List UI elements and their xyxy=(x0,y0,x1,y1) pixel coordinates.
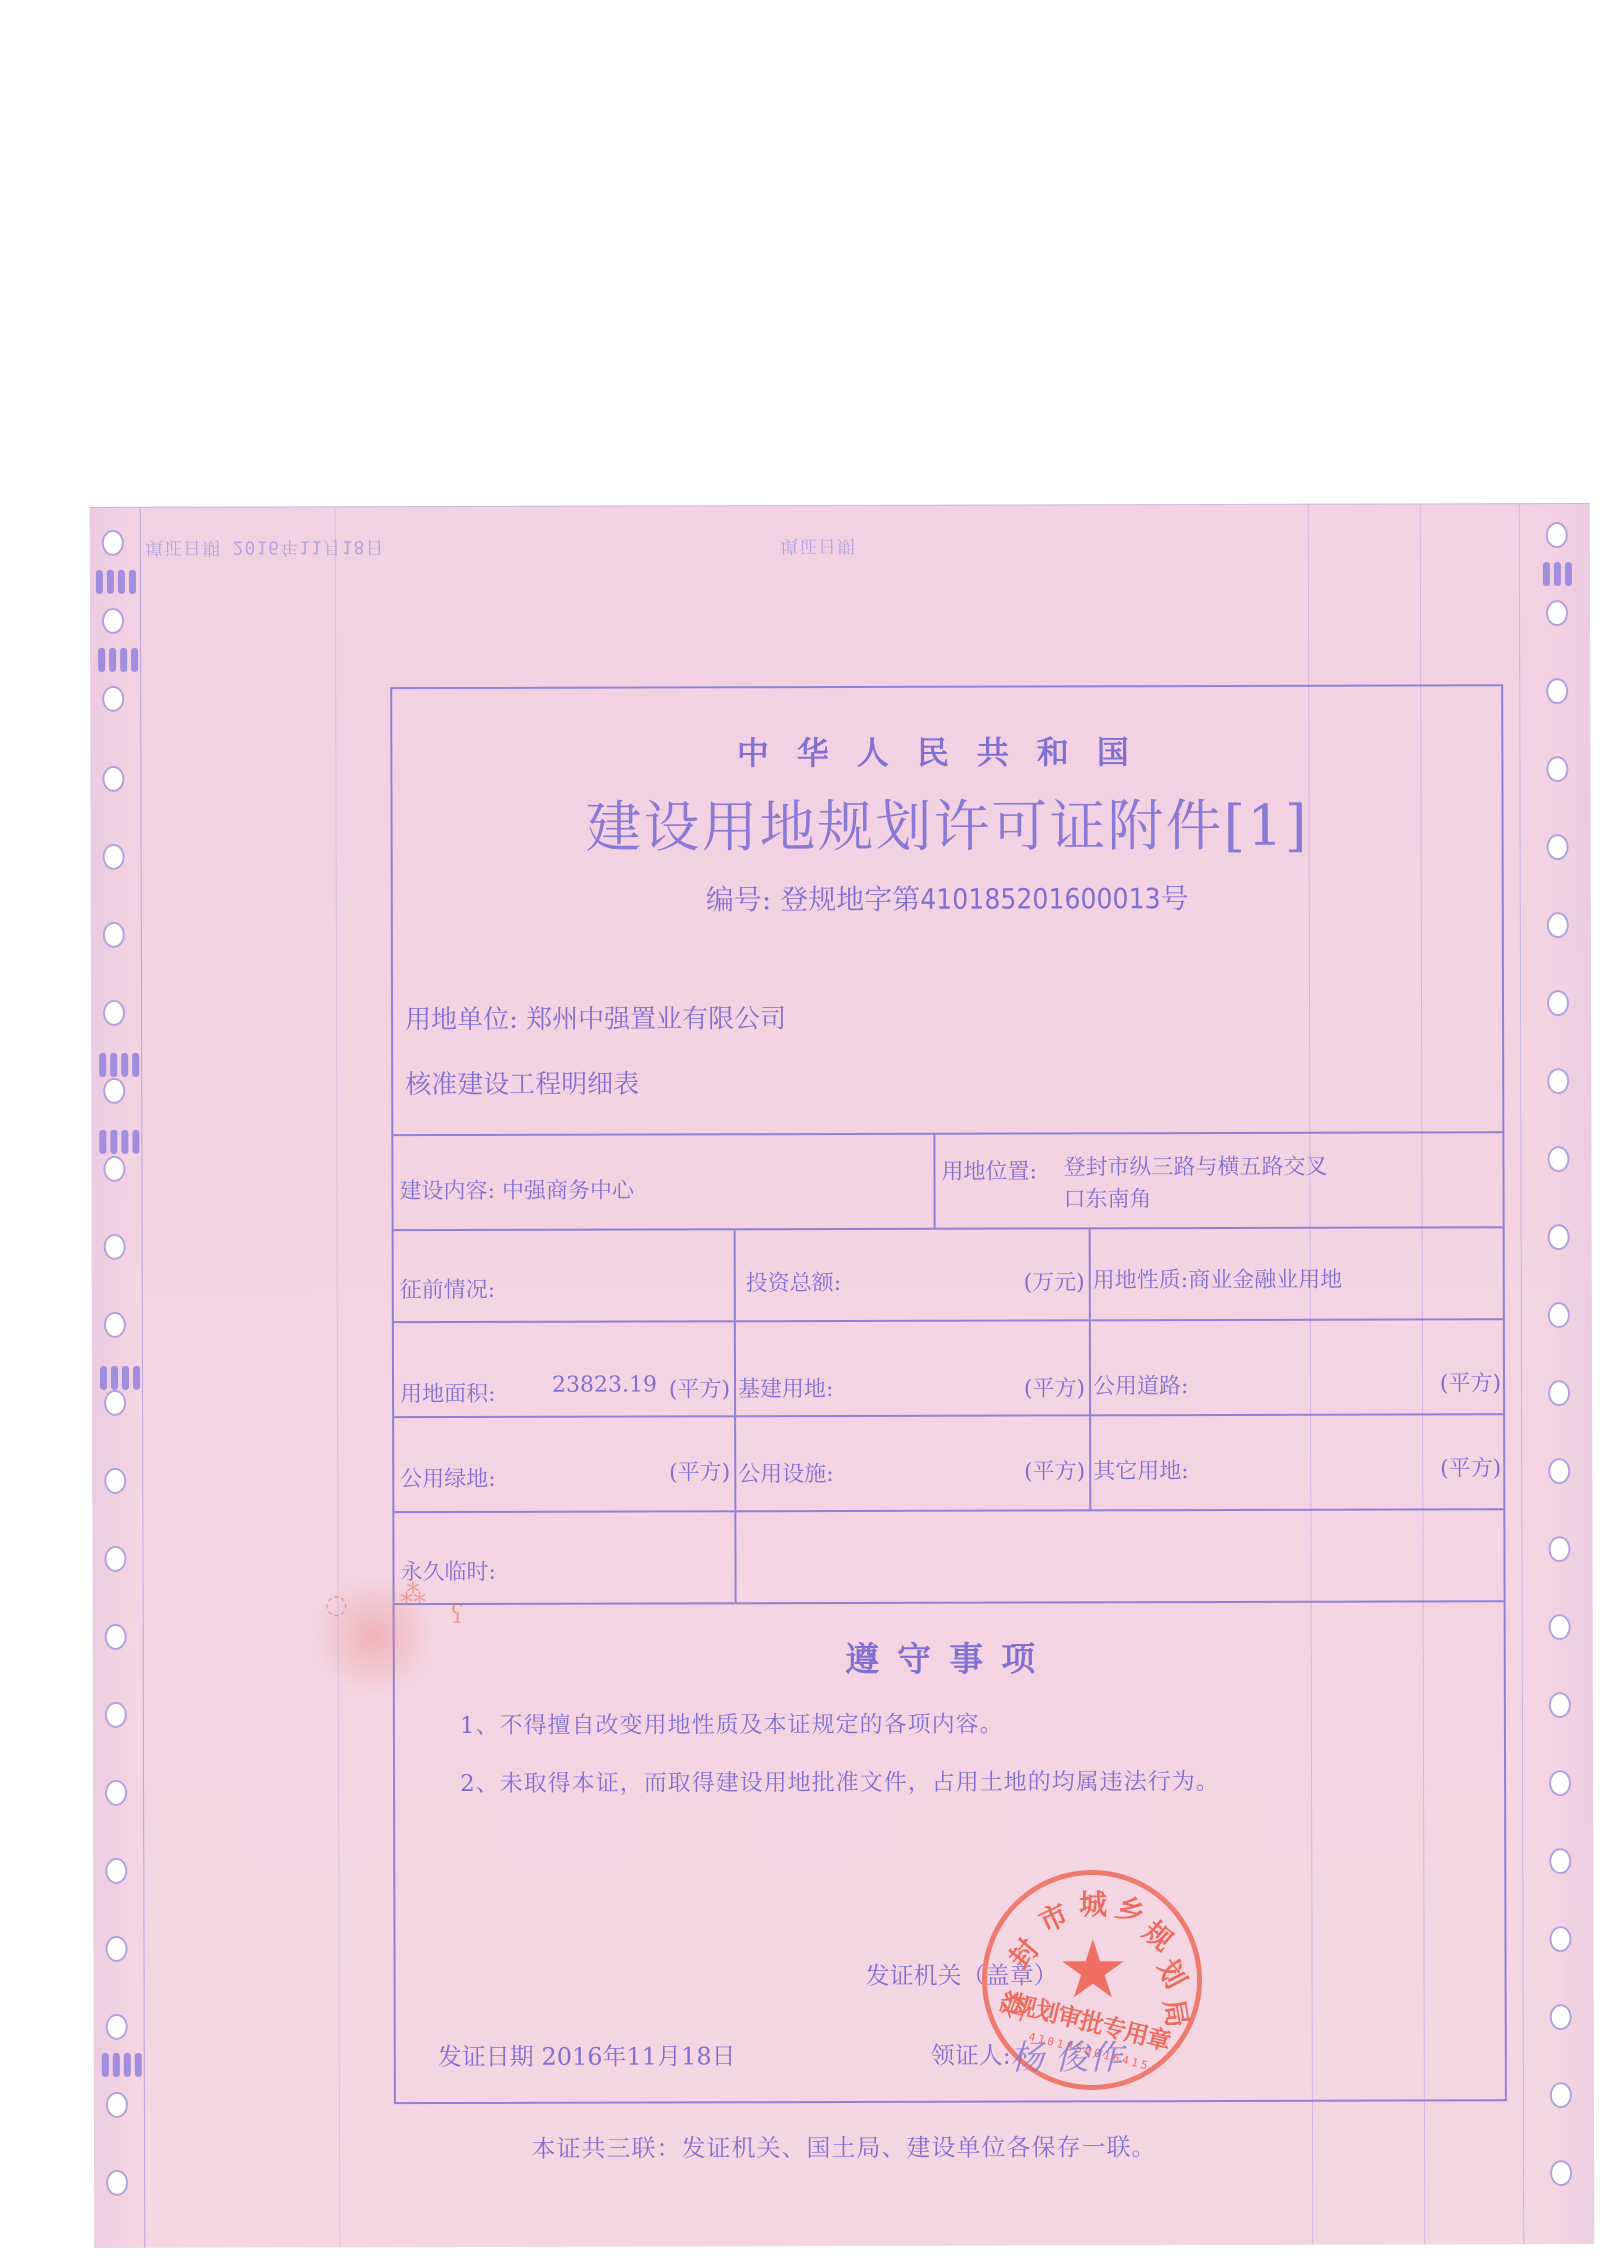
faded-header-left: 填证日期 2016年11月18日 xyxy=(145,535,385,562)
perforation-hole xyxy=(104,1468,126,1494)
total-investment-cell: 投资总额: (万元) xyxy=(734,1229,1089,1320)
table-row: 建设内容: 中强商务中心 用地位置: 登封市纵三路与横五路交叉 口东南角 xyxy=(393,1131,1502,1229)
perforation-hole xyxy=(102,766,124,792)
land-area-value: 23823.19 xyxy=(552,1372,657,1397)
land-unit-label: 用地单位: xyxy=(405,1005,518,1035)
perforation-hole xyxy=(1546,678,1568,704)
land-location-value-line1: 登封市纵三路与横五路交叉 xyxy=(1063,1150,1327,1182)
rules-section: 遵守事项 1、不得擅自改变用地性质及本证规定的各项内容。 2、未取得本证，而取得… xyxy=(395,1600,1505,2104)
printer-marks xyxy=(98,648,138,672)
perforation-hole xyxy=(106,2170,128,2196)
perforation-hole xyxy=(1550,2004,1572,2030)
perforation-hole xyxy=(1549,1614,1571,1640)
capital-construction-label: 基建用地: xyxy=(738,1372,834,1403)
issue-date-value: 2016年11月18日 xyxy=(541,2042,735,2071)
capital-construction-cell: 基建用地: (平方) xyxy=(734,1321,1089,1415)
total-investment-unit: (万元) xyxy=(1024,1265,1085,1296)
rule-item: 1、不得擅自改变用地性质及本证规定的各项内容。 xyxy=(460,1706,1004,1740)
perforation-hole xyxy=(1549,1848,1571,1874)
land-nature-cell: 用地性质:商业金融业用地 xyxy=(1089,1228,1505,1319)
other-land-label: 其它用地: xyxy=(1093,1454,1189,1485)
perforation-hole xyxy=(1546,522,1568,548)
footer-note: 本证共三联：发证机关、国土局、建设单位各保存一联。 xyxy=(94,2126,1594,2165)
table-row: 永久临时: xyxy=(394,1508,1503,1603)
perforation-hole xyxy=(1547,1068,1569,1094)
perforation-hole xyxy=(103,1078,125,1104)
perforation-hole xyxy=(1550,2160,1572,2186)
rule-item: 2、未取得本证，而取得建设用地批准文件，占用土地的均属违法行为。 xyxy=(460,1763,1220,1798)
public-facility-unit: (平方) xyxy=(1024,1454,1085,1485)
table-row: 公用绿地: (平方) 公用设施: (平方) 其它用地: (平方) xyxy=(394,1413,1503,1511)
faded-stamp-residue: ◌ ⁂ ʕ xyxy=(310,1570,470,1790)
printer-marks xyxy=(99,1053,139,1077)
recipient-label: 领证人: xyxy=(931,2036,1011,2071)
perforation-hole xyxy=(102,608,124,634)
public-road-label: 公用道路: xyxy=(1093,1369,1189,1400)
pre-acquisition-cell: 征前情况: xyxy=(394,1230,734,1321)
document-number-value: 410185201600013 xyxy=(920,882,1160,916)
perforation-hole xyxy=(103,1156,125,1182)
faded-header-right: 填证日期 xyxy=(780,534,856,560)
land-area-cell: 用地面积: 23823.19 (平方) xyxy=(394,1322,734,1416)
perforation-hole xyxy=(1548,1302,1570,1328)
public-green-label: 公用绿地: xyxy=(400,1462,496,1493)
printer-marks xyxy=(96,570,136,594)
perforation-hole xyxy=(103,844,125,870)
document-number-label: 编号: xyxy=(706,883,772,916)
perforation-hole xyxy=(105,1624,127,1650)
land-unit: 用地单位: 郑州中强置业有限公司 xyxy=(405,998,786,1036)
recipient-signature: 杨 俊作 xyxy=(1010,2030,1123,2079)
certificate-paper: 填证日期 2016年11月18日 填证日期 中华人民共和国 建设用地规划许可证附… xyxy=(90,503,1595,2248)
construction-content-label: 建设内容: xyxy=(399,1179,494,1204)
document-number-suffix: 号 xyxy=(1161,882,1189,915)
land-unit-value: 郑州中强置业有限公司 xyxy=(526,1004,786,1035)
printer-marks xyxy=(102,2053,142,2077)
perforation-hole xyxy=(1549,1692,1571,1718)
permit-form: 中华人民共和国 建设用地规划许可证附件[1] 编号: 登规地字第41018520… xyxy=(390,684,1507,2104)
other-land-cell: 其它用地: (平方) xyxy=(1089,1415,1505,1509)
perforation-hole xyxy=(104,1234,126,1260)
perforation-hole xyxy=(104,1312,126,1338)
public-facility-cell: 公用设施: (平方) xyxy=(734,1416,1089,1510)
public-green-cell: 公用绿地: (平方) xyxy=(394,1417,734,1511)
document-title: 建设用地规划许可证附件[1] xyxy=(392,781,1501,864)
pre-acquisition-label: 征前情况: xyxy=(400,1273,496,1304)
public-road-unit: (平方) xyxy=(1440,1366,1501,1397)
perforation-hole xyxy=(1548,1380,1570,1406)
other-land-unit: (平方) xyxy=(1440,1451,1501,1482)
table-row: 征前情况: 投资总额: (万元) 用地性质:商业金融业用地 xyxy=(394,1226,1503,1321)
perforation-hole xyxy=(1547,1146,1569,1172)
perforation-hole xyxy=(105,1936,127,1962)
issue-date-label: 发证日期 xyxy=(438,2043,534,2071)
total-investment-label: 投资总额: xyxy=(746,1266,842,1297)
land-nature-label: 用地性质: xyxy=(1093,1268,1188,1293)
land-location-value-line2: 口东南角 xyxy=(1063,1182,1151,1213)
perforation-hole xyxy=(1550,2082,1572,2108)
rules-title: 遵守事项 xyxy=(395,1630,1504,1682)
perforation-hole xyxy=(1548,1536,1570,1562)
public-green-unit: (平方) xyxy=(669,1455,730,1486)
perforation-hole xyxy=(106,2014,128,2040)
land-nature-value: 商业金融业用地 xyxy=(1188,1268,1342,1293)
perforation-hole xyxy=(104,1390,126,1416)
capital-construction-unit: (平方) xyxy=(1024,1371,1085,1402)
issue-date: 发证日期 2016年11月18日 xyxy=(438,2036,736,2072)
public-facility-label: 公用设施: xyxy=(738,1457,834,1488)
faint-rule xyxy=(335,507,341,2247)
land-location-label: 用地位置: xyxy=(941,1154,1037,1185)
public-road-cell: 公用道路: (平方) xyxy=(1089,1320,1505,1414)
perforation-hole xyxy=(1549,1770,1571,1796)
perforation-hole xyxy=(103,1000,125,1026)
document-number: 编号: 登规地字第410185201600013号 xyxy=(393,876,1502,919)
land-area-unit: (平方) xyxy=(669,1372,730,1403)
document-number-prefix: 登规地字第 xyxy=(780,883,920,916)
country-title: 中华人民共和国 xyxy=(392,726,1501,775)
perforation-hole xyxy=(1547,912,1569,938)
permanent-temporary-value-cell xyxy=(734,1510,1505,1602)
perforation-hole xyxy=(1546,756,1568,782)
perforation-hole xyxy=(1546,600,1568,626)
printer-marks xyxy=(99,1130,139,1154)
perforation-hole xyxy=(105,1702,127,1728)
perforation-hole xyxy=(1549,1926,1571,1952)
perforation-hole xyxy=(105,1780,127,1806)
perforation-hole xyxy=(1548,1458,1570,1484)
perforation-hole xyxy=(1547,834,1569,860)
perforation-hole xyxy=(102,686,124,712)
table-row: 用地面积: 23823.19 (平方) 基建用地: (平方) 公用道路: (平方… xyxy=(394,1318,1503,1416)
perforation-hole xyxy=(1548,1224,1570,1250)
printer-marks xyxy=(1543,562,1572,586)
perforation-hole xyxy=(1547,990,1569,1016)
perforation-hole xyxy=(102,530,124,556)
perforation-hole xyxy=(106,2092,128,2118)
table-title: 核准建设工程明细表 xyxy=(405,1064,639,1102)
perforation-hole xyxy=(103,922,125,948)
land-area-label: 用地面积: xyxy=(400,1377,496,1408)
perforation-hole xyxy=(105,1858,127,1884)
construction-content-cell: 建设内容: 中强商务中心 xyxy=(393,1135,933,1229)
construction-content-value: 中强商务中心 xyxy=(502,1179,634,1204)
land-location-cell: 用地位置: 登封市纵三路与横五路交叉 口东南角 xyxy=(933,1133,1504,1227)
printer-marks xyxy=(100,1366,140,1390)
perforation-hole xyxy=(104,1546,126,1572)
